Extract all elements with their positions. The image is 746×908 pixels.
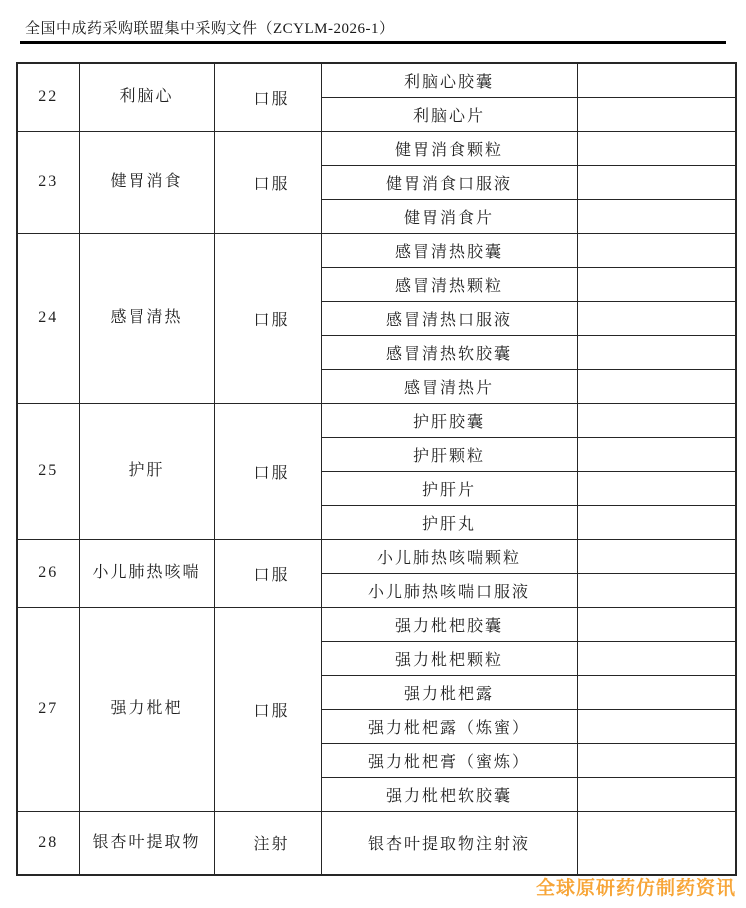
route-cell: 口服: [214, 233, 321, 403]
empty-cell: [577, 131, 736, 165]
empty-cell: [577, 437, 736, 471]
empty-cell: [577, 641, 736, 675]
drug-name-cell: 健胃消食: [79, 131, 214, 233]
empty-cell: [577, 165, 736, 199]
empty-cell: [577, 573, 736, 607]
empty-cell: [577, 369, 736, 403]
empty-cell: [577, 199, 736, 233]
drug-name-cell: 小儿肺热咳喘: [79, 539, 214, 607]
empty-cell: [577, 675, 736, 709]
product-cell: 感冒清热软胶囊: [321, 335, 577, 369]
empty-cell: [577, 233, 736, 267]
drug-name-cell: 利脑心: [79, 63, 214, 131]
row-number-cell: 24: [17, 233, 79, 403]
drug-table: 22利脑心口服利脑心胶囊利脑心片23健胃消食口服健胃消食颗粒健胃消食口服液健胃消…: [16, 62, 737, 876]
route-cell: 口服: [214, 607, 321, 811]
product-cell: 强力枇杷胶囊: [321, 607, 577, 641]
row-number-cell: 23: [17, 131, 79, 233]
table-row: 23健胃消食口服健胃消食颗粒: [17, 131, 736, 165]
product-cell: 利脑心片: [321, 97, 577, 131]
product-cell: 小儿肺热咳喘颗粒: [321, 539, 577, 573]
route-cell: 口服: [214, 539, 321, 607]
product-cell: 感冒清热胶囊: [321, 233, 577, 267]
empty-cell: [577, 709, 736, 743]
empty-cell: [577, 335, 736, 369]
row-number-cell: 25: [17, 403, 79, 539]
table-row: 27强力枇杷口服强力枇杷胶囊: [17, 607, 736, 641]
product-cell: 小儿肺热咳喘口服液: [321, 573, 577, 607]
table-row: 25护肝口服护肝胶囊: [17, 403, 736, 437]
route-cell: 口服: [214, 131, 321, 233]
product-cell: 强力枇杷软胶囊: [321, 777, 577, 811]
product-cell: 强力枇杷膏（蜜炼）: [321, 743, 577, 777]
drug-name-cell: 护肝: [79, 403, 214, 539]
product-cell: 利脑心胶囊: [321, 63, 577, 97]
product-cell: 护肝胶囊: [321, 403, 577, 437]
empty-cell: [577, 97, 736, 131]
row-number-cell: 26: [17, 539, 79, 607]
route-cell: 口服: [214, 403, 321, 539]
product-cell: 强力枇杷露（炼蜜）: [321, 709, 577, 743]
page: 全国中成药采购联盟集中采购文件（ZCYLM-2026-1） 22利脑心口服利脑心…: [0, 0, 746, 908]
empty-cell: [577, 301, 736, 335]
row-number-cell: 27: [17, 607, 79, 811]
table-row: 24感冒清热口服感冒清热胶囊: [17, 233, 736, 267]
row-number-cell: 28: [17, 811, 79, 875]
drug-name-cell: 感冒清热: [79, 233, 214, 403]
product-cell: 感冒清热口服液: [321, 301, 577, 335]
product-cell: 强力枇杷露: [321, 675, 577, 709]
product-cell: 感冒清热颗粒: [321, 267, 577, 301]
empty-cell: [577, 63, 736, 97]
document-title: 全国中成药采购联盟集中采购文件（ZCYLM-2026-1）: [25, 17, 395, 38]
empty-cell: [577, 777, 736, 811]
watermark: 全球原研药仿制药资讯: [536, 873, 736, 900]
empty-cell: [577, 743, 736, 777]
empty-cell: [577, 811, 736, 875]
product-cell: 健胃消食片: [321, 199, 577, 233]
row-number-cell: 22: [17, 63, 79, 131]
product-cell: 护肝片: [321, 471, 577, 505]
drug-name-cell: 强力枇杷: [79, 607, 214, 811]
table-row: 26小儿肺热咳喘口服小儿肺热咳喘颗粒: [17, 539, 736, 573]
empty-cell: [577, 403, 736, 437]
product-cell: 护肝丸: [321, 505, 577, 539]
route-cell: 口服: [214, 63, 321, 131]
empty-cell: [577, 267, 736, 301]
product-cell: 感冒清热片: [321, 369, 577, 403]
product-cell: 强力枇杷颗粒: [321, 641, 577, 675]
product-cell: 银杏叶提取物注射液: [321, 811, 577, 875]
empty-cell: [577, 607, 736, 641]
empty-cell: [577, 539, 736, 573]
product-cell: 护肝颗粒: [321, 437, 577, 471]
drug-table-body: 22利脑心口服利脑心胶囊利脑心片23健胃消食口服健胃消食颗粒健胃消食口服液健胃消…: [17, 63, 736, 875]
table-row: 28银杏叶提取物注射银杏叶提取物注射液: [17, 811, 736, 875]
table-row: 22利脑心口服利脑心胶囊: [17, 63, 736, 97]
drug-name-cell: 银杏叶提取物: [79, 811, 214, 875]
header-divider: [20, 41, 726, 44]
product-cell: 健胃消食颗粒: [321, 131, 577, 165]
empty-cell: [577, 505, 736, 539]
empty-cell: [577, 471, 736, 505]
product-cell: 健胃消食口服液: [321, 165, 577, 199]
route-cell: 注射: [214, 811, 321, 875]
